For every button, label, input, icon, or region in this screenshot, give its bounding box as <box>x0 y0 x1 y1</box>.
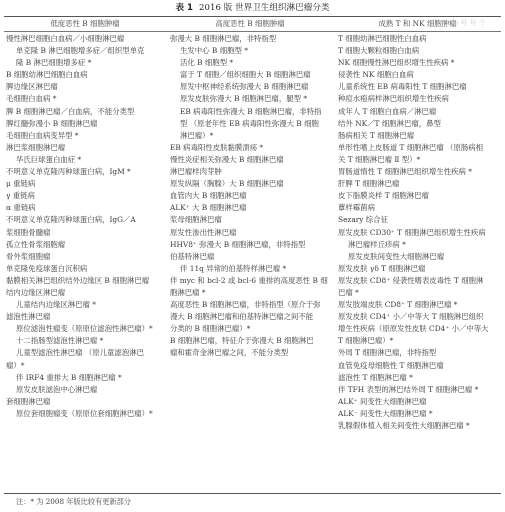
table-cell: 原发皮肤间变性大细胞淋巴瘤 <box>338 251 503 263</box>
table-cell: 华氏巨球蛋白血症 * <box>6 154 166 166</box>
table-cell: ALK⁺ 间变性大细胞淋巴瘤 <box>338 396 503 408</box>
table-cell: 原发皮肤 CD30⁺ T 细胞淋巴组织增生性疾病 <box>338 227 503 239</box>
table-cell: γ 重链病 <box>6 190 166 202</box>
table-cell: 慢性淋巴细胞白血病／小细胞淋巴瘤 <box>6 33 166 45</box>
table-header-rule <box>4 31 501 32</box>
table-cell: 淋巴瘤样肉芽肿 <box>170 166 334 178</box>
table-cell: 外周 T 细胞淋巴瘤，非特指型 <box>338 347 503 359</box>
table-cell: 蕈样霉菌病 <box>338 202 503 214</box>
table-title-text: 2016 版 世界卫生组织淋巴瘤分类 <box>199 3 329 13</box>
table-cell: 淋巴瘤样丘疹病 * <box>338 239 503 251</box>
table-cell: T 细胞淋巴瘤）* <box>338 335 503 347</box>
table-cell: 原发皮肤弥漫大 B 细胞淋巴瘤，腿型 * <box>170 93 334 105</box>
table-cell: 原发肢端皮肤 CD8⁺ T 细胞淋巴瘤 * <box>338 299 503 311</box>
table-cell: 单克隆免疫球蛋白沉积病 <box>6 263 166 275</box>
table-cell: 伯基特淋巴瘤 <box>170 251 334 263</box>
table-cell: 瘤）* <box>6 360 166 372</box>
table-cell: B 细胞淋巴瘤，特征介于弥漫大 B 细胞淋巴 <box>170 335 334 347</box>
table-cell: 伴 TFH 表型的淋巴结外周 T 细胞淋巴瘤 * <box>338 384 503 396</box>
table-cell: 肠病相关 T 细胞淋巴瘤 <box>338 130 503 142</box>
table-cell: 儿童结内边缘区淋巴瘤 * <box>6 299 166 311</box>
table-cell: NK 细胞慢性淋巴组织增生性疾病 * <box>338 57 503 69</box>
table-cell: 黏膜相关淋巴组织结外边缘区 B 细胞淋巴瘤 <box>6 275 166 287</box>
table-bottom-rule <box>4 493 501 494</box>
table-cell: HHV8⁺ 弥漫大 B 细胞淋巴瘤，非特指型 <box>170 239 334 251</box>
table-cell: 高度恶性 B 细胞淋巴瘤，非特指型（原介于弥 <box>170 299 334 311</box>
column-header-low-grade-b: 低度恶性 B 细胞肿瘤 <box>4 18 166 29</box>
table-cell: Sezary 综合征 <box>338 214 503 226</box>
table-cell: 肝脾 T 细胞淋巴瘤 <box>338 178 503 190</box>
table-cell: 孤立性骨浆细胞瘤 <box>6 239 166 251</box>
table-cell: ALK⁺ 大 B 细胞淋巴瘤 <box>170 202 334 214</box>
table-cell: 瘤和霍奇金淋巴瘤之间，不能分类型 <box>170 347 334 359</box>
column-high-grade-b: 弥漫大 B 细胞淋巴瘤，非特指型生发中心 B 细胞型 *活化 B 细胞型 *富于… <box>170 33 334 360</box>
table-cell: 原位滤泡性瘤变（原原位滤泡性淋巴瘤）* <box>6 323 166 335</box>
table-cell: 套细胞淋巴瘤 <box>6 396 166 408</box>
table-cell: 血管免疫母细胞性 T 细胞淋巴瘤 <box>338 360 503 372</box>
table-label: 表 1 <box>175 3 193 13</box>
table-cell: 脾红髓弥漫小 B 细胞淋巴瘤 <box>6 118 166 130</box>
table-cell: 漫大 B 细胞淋巴瘤和伯基特淋巴瘤之间不能 <box>170 311 334 323</box>
table-cell: 伴 11q 异常的伯基特样淋巴瘤 * <box>170 263 334 275</box>
table-cell: 不明意义单克隆丙种球蛋白病，IgM * <box>6 166 166 178</box>
table-cell: 胃肠道惰性 T 细胞淋巴组织增生性疾病 * <box>338 166 503 178</box>
table-cell: 皮下脂膜炎样 T 细胞淋巴瘤 <box>338 190 503 202</box>
table-cell: 乳腺假体植入相关间变性大细胞淋巴瘤 * <box>338 420 503 432</box>
table-cell: 原发中枢神经系统弥漫大 B 细胞淋巴瘤 <box>170 81 334 93</box>
table-cell: 儿童系统性 EB 病毒阳性 T 细胞淋巴瘤 <box>338 81 503 93</box>
watermark: ◎ 号 号 个 <box>452 18 486 29</box>
table-cell: 侵袭性 NK 细胞白血病 <box>338 69 503 81</box>
table-cell: 脾边缘区淋巴瘤 <box>6 81 166 93</box>
table-footnote: 注：* 为 2008 年版比较有更新部分 <box>16 497 131 507</box>
table-cell: 种痘水疱病样淋巴组织增生性疾病 <box>338 93 503 105</box>
table-cell: 伴 IRF4 重排大 B 细胞淋巴瘤 * <box>6 372 166 384</box>
table-cell: 结内边缘区淋巴瘤 <box>6 287 166 299</box>
table-cell: 活化 B 细胞型 * <box>170 57 334 69</box>
table-cell: 十二指肠型滤泡性淋巴瘤 * <box>6 335 166 347</box>
table-cell: ALK⁻ 间变性大细胞淋巴瘤 * <box>338 408 503 420</box>
table-cell: 骨外浆细胞瘤 <box>6 251 166 263</box>
table-cell: 关 T 细胞淋巴瘤 Ⅱ 型）* <box>338 154 503 166</box>
table-cell: 生发中心 B 细胞型 * <box>170 45 334 57</box>
table-cell: 慢性炎症相关弥漫大 B 细胞淋巴瘤 <box>170 154 334 166</box>
table-cell: EB 病毒阳性弥漫大 B 细胞淋巴瘤，非特指 <box>170 106 334 118</box>
table-cell: 伴 myc 和 bcl-2 或 bcl-6 重排的高度恶性 B 细 <box>170 275 334 287</box>
table-cell: 滤泡性 T 细胞淋巴瘤 * <box>338 372 503 384</box>
table-top-rule <box>4 16 501 17</box>
table-cell: 滤泡性淋巴瘤 <box>6 311 166 323</box>
table-title: 表 12016 版 世界卫生组织淋巴瘤分类 <box>0 2 505 14</box>
table-cell: 结外 NK／T 细胞淋巴瘤，鼻型 <box>338 118 503 130</box>
table-cell: 儿童型滤泡性淋巴瘤 （原儿童滤泡淋巴 <box>6 347 166 359</box>
table-cell: 分类的 B 细胞淋巴瘤）* <box>170 323 334 335</box>
table-cell: μ 重链病 <box>6 178 166 190</box>
column-header-high-grade-b: 高度恶性 B 细胞肿瘤 <box>166 18 334 29</box>
table-cell: T 细胞幼淋巴细胞性白血病 <box>338 33 503 45</box>
table-cell: 原发皮肤 CD4⁺ 小／中等大 T 细胞淋巴组织 <box>338 311 503 323</box>
table-cell: 脾 B 细胞淋巴瘤／白血病，不能分类型 <box>6 106 166 118</box>
table-cell: 原位套细胞瘤变（原原位套细胞淋巴瘤）* <box>6 408 166 420</box>
table-cell: 不明意义单克隆丙种球蛋白病，IgG／A <box>6 214 166 226</box>
table-cell: 原发皮肤 γδ T 细胞淋巴瘤 <box>338 263 503 275</box>
table-cell: B 细胞幼淋巴细胞白血病 <box>6 69 166 81</box>
table-cell: 原发皮肤滤泡中心淋巴瘤 <box>6 384 166 396</box>
table-cell: 原发皮肤 CD8⁺ 侵袭性嗜表皮毒性 T 细胞淋 <box>338 275 503 287</box>
table-cell: 隆 B 淋巴细胞增多症 * <box>6 57 166 69</box>
table-cell: 血管内大 B 细胞淋巴瘤 <box>170 190 334 202</box>
table-cell: 单形性嗜上皮肠道 T 细胞淋巴瘤 （原肠病相 <box>338 142 503 154</box>
table-cell: 浆母细胞淋巴瘤 <box>170 214 334 226</box>
table-cell: 浆细胞骨髓瘤 <box>6 227 166 239</box>
table-cell: 富于 T 细胞／组织细胞大 B 细胞淋巴瘤 <box>170 69 334 81</box>
table-cell: α 重链病 <box>6 202 166 214</box>
table-cell: 淋巴瘤）* <box>170 130 334 142</box>
table-cell: 增生性疾病（原原发性皮肤 CD4⁺ 小／中等大 <box>338 323 503 335</box>
table-cell: 胞淋巴瘤 * <box>170 287 334 299</box>
table-cell: EB 病毒阳性皮肤黏膜溃疡 * <box>170 142 334 154</box>
table-cell: 单克隆 B 淋巴细胞增多症／组织型单克 <box>6 45 166 57</box>
table-cell: 成年人 T 细胞白血病／淋巴瘤 <box>338 106 503 118</box>
table-cell: 弥漫大 B 细胞淋巴瘤，非特指型 <box>170 33 334 45</box>
table-cell: 原发性渗出性淋巴瘤 <box>170 227 334 239</box>
column-mature-t-nk: T 细胞幼淋巴细胞性白血病T 细胞大颗粒细胞白血病NK 细胞慢性淋巴组织增生性疾… <box>338 33 503 432</box>
table-cell: 巴瘤 * <box>338 287 503 299</box>
table-cell: T 细胞大颗粒细胞白血病 <box>338 45 503 57</box>
column-low-grade-b: 慢性淋巴细胞白血病／小细胞淋巴瘤单克隆 B 淋巴细胞增多症／组织型单克隆 B 淋… <box>6 33 166 420</box>
table-cell: 淋巴浆细胞淋巴瘤 <box>6 142 166 154</box>
table-cell: 原发纵隔（胸腺）大 B 细胞淋巴瘤 <box>170 178 334 190</box>
table-cell: 毛细胞白血病 * <box>6 93 166 105</box>
table-cell: 型 （原老年性 EB 病毒阳性弥漫大 B 细胞 <box>170 118 334 130</box>
table-cell: 毛细胞白血病变异型 * <box>6 130 166 142</box>
